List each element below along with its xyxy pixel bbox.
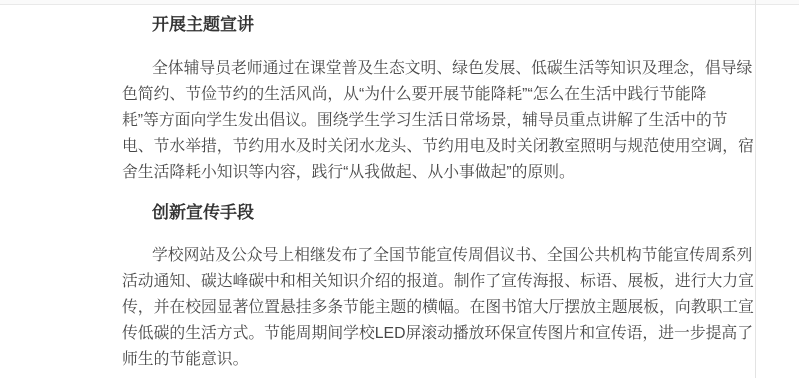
paragraph-line: 舍生活降耗小知识等内容，践行“从我做起、从小事做起”的原则。 (122, 160, 758, 186)
paragraph-theme-lecture: 全体辅导员老师通过在课堂普及生态文明、绿色发展、低碳生活等知识及理念，倡导绿 色… (122, 56, 758, 186)
paragraph-line: 传低碳的生活方式。节能周期间学校LED屏滚动播放环保宣传图片和宣传语，进一步提高… (122, 321, 758, 347)
paragraph-line: 传，并在校园显著位置悬挂多条节能主题的横幅。在图书馆大厅摆放主题展板，向教职工宣 (122, 295, 758, 321)
paragraph-line: 活动通知、碳达峰碳中和相关知识介绍的报道。制作了宣传海报、标语、展板，进行大力宣 (122, 269, 758, 295)
paragraph-line: 电、节水举措，节约用水及时关闭水龙头、节约用电及时关闭教室照明与规范使用空调，宿 (122, 134, 758, 160)
paragraph-publicity-methods: 学校网站及公众号上相继发布了全国节能宣传周倡议书、全国公共机构节能宣传周系列 活… (122, 243, 758, 373)
section-heading-publicity-methods: 创新宣传手段 (122, 200, 758, 226)
article-body: 开展主题宣讲 全体辅导员老师通过在课堂普及生态文明、绿色发展、低碳生活等知识及理… (122, 0, 758, 373)
paragraph-line: 色简约、节俭节约的生活风尚，从“为什么要开展节能降耗”“怎么在生活中践行节能降 (122, 82, 758, 108)
section-heading-theme-lecture: 开展主题宣讲 (122, 12, 758, 38)
paragraph-line: 耗”等方面向学生发出倡议。围绕学生学习生活日常场景，辅导员重点讲解了生活中的节 (122, 108, 758, 134)
paragraph-line: 全体辅导员老师通过在课堂普及生态文明、绿色发展、低碳生活等知识及理念，倡导绿 (122, 56, 758, 82)
paragraph-line: 学校网站及公众号上相继发布了全国节能宣传周倡议书、全国公共机构节能宣传周系列 (122, 243, 758, 269)
paragraph-line: 师生的节能意识。 (122, 347, 758, 373)
